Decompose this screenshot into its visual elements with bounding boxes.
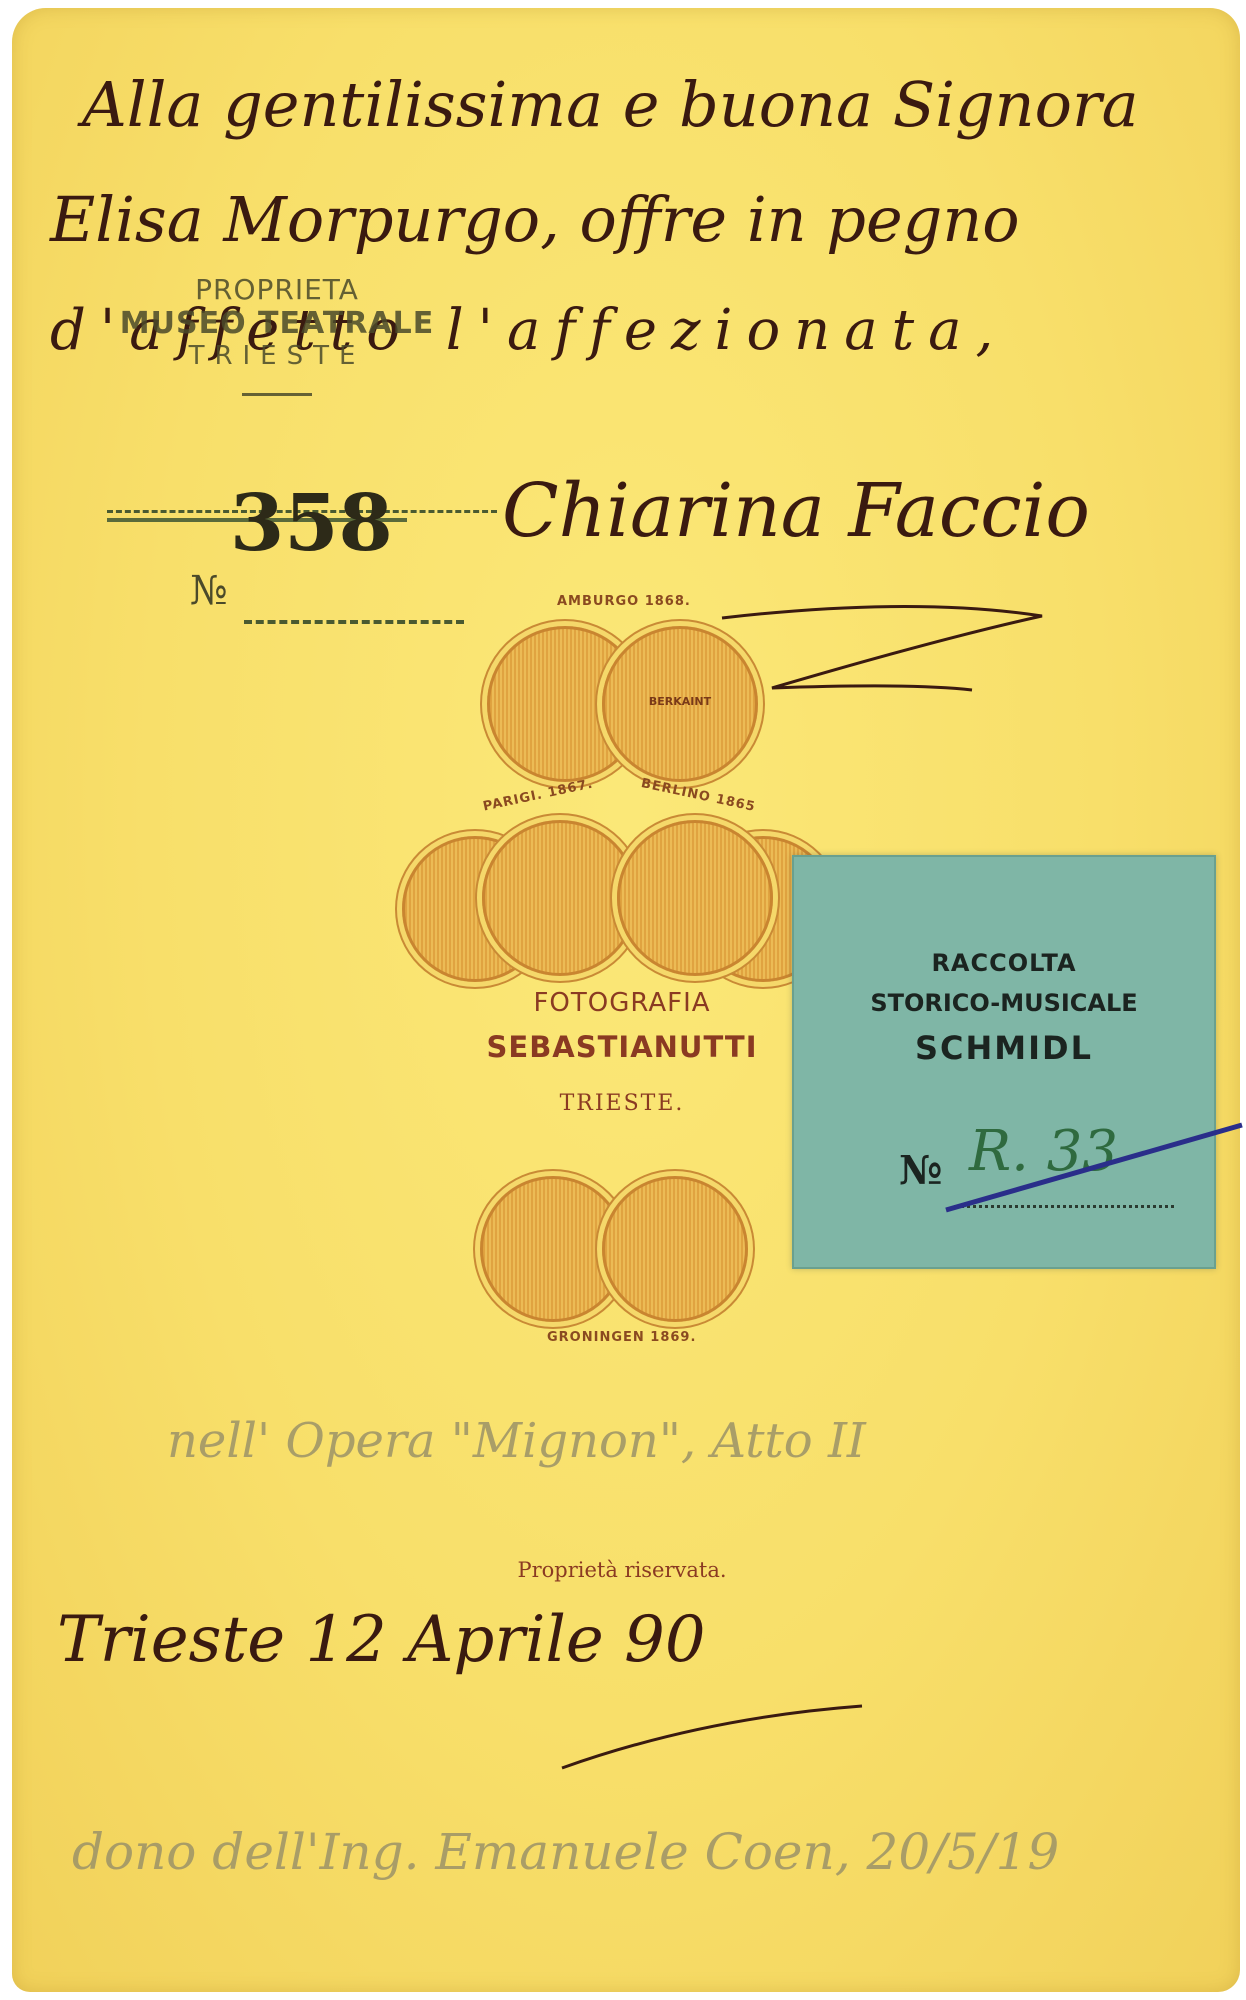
signature: Chiarina Faccio (502, 468, 1090, 554)
imprint-line-3: TRIESTE. (497, 1091, 747, 1116)
number-label: № (190, 568, 228, 614)
label-strike (944, 1115, 1244, 1215)
date-flourish (552, 1698, 872, 1778)
medal-banner-bottom: GRONINGEN 1869. (547, 1330, 696, 1345)
medal-banner-top: AMBURGO 1868. (557, 594, 691, 609)
medal-berlin (617, 820, 773, 976)
pencil-note-donation: dono dell'Ing. Emanuele Coen, 20/5/19 (72, 1823, 1059, 1881)
imprint-footer: Proprietà riservata. (442, 1558, 802, 1582)
museum-stamp: PROPRIETA MUSEO TEATRALE TRIESTE (107, 273, 447, 396)
medal-banner-left: PARIGI. 1867. (482, 776, 595, 814)
stamp-line-1: PROPRIETA (107, 273, 447, 306)
medal-napoleon (482, 820, 638, 976)
medal-groningen-right (602, 1176, 748, 1322)
place-date: Trieste 12 Aprile 90 (57, 1603, 706, 1677)
signature-flourish (712, 588, 1052, 698)
dedication-line-1: Alla gentilissima e buona Signora (82, 68, 1139, 141)
label-line-3: SCHMIDL (794, 1029, 1214, 1067)
stamp-line-3: TRIESTE (107, 341, 447, 371)
inventory-number: 358 (230, 478, 393, 569)
dedication-line-2: Elisa Morpurgo, offre in pegno (50, 183, 1020, 256)
label-number-prefix: № (899, 1147, 942, 1194)
imprint-line-1: FOTOGRAFIA (497, 988, 747, 1018)
medal-sunburst: BERKAINT (602, 626, 758, 782)
medal-inner-text: BERKAINT (605, 695, 755, 708)
number-label-rule (244, 620, 464, 624)
imprint-line-2: SEBASTIANUTTI (467, 1030, 777, 1064)
medal-banner-right: BERLINO 1865 (640, 776, 757, 815)
label-line-1: RACCOLTA (794, 949, 1214, 977)
collection-label: RACCOLTA STORICO-MUSICALE SCHMIDL № R. 3… (792, 855, 1216, 1269)
photo-card-verso: Alla gentilissima e buona Signora Elisa … (12, 8, 1240, 1992)
stamp-line-2: MUSEO TEATRALE (107, 306, 447, 341)
label-line-2: STORICO-MUSICALE (794, 989, 1214, 1017)
stamp-rule (242, 393, 312, 396)
pencil-note-mignon: nell' Opera "Mignon", Atto II (167, 1413, 866, 1469)
